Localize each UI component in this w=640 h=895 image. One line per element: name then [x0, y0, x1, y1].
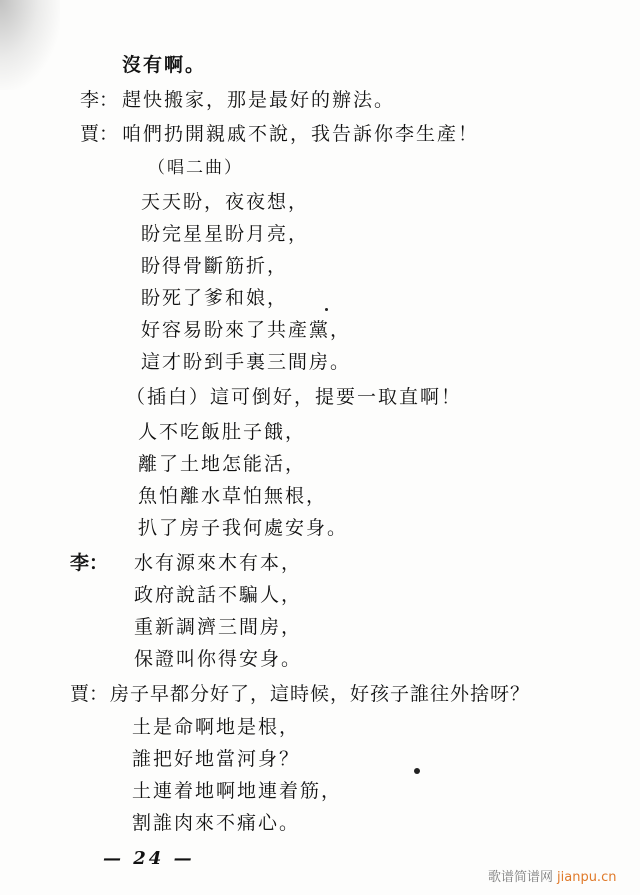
- text-line: 咱們扔開親戚不說，我告訴你李生產！: [122, 122, 479, 146]
- ink-speck: [325, 308, 328, 311]
- site-watermark: 歌谱简谱网jianpu.cn: [488, 866, 616, 885]
- lyric-line: 誰把好地當河身？: [132, 747, 300, 771]
- text-line: 趕快搬家，那是最好的辦法。: [122, 88, 395, 112]
- stage-direction: （插白）這可倒好，提要一取直啊！: [126, 385, 462, 409]
- watermark-site-name: 歌谱简谱网: [488, 870, 553, 885]
- scan-smudge: [0, 0, 60, 90]
- lyric-line: 水有源來木有本，: [134, 551, 302, 575]
- ink-speck: [414, 768, 420, 774]
- lyric-line: 保證叫你得安身。: [134, 647, 302, 671]
- lyric-line: 扒了房子我何處安身。: [138, 516, 348, 540]
- lyric-line: 土連着地啊地連着筋，: [132, 779, 342, 803]
- lyric-line: 政府說話不騙人，: [134, 583, 302, 607]
- page-number: — 24 —: [103, 848, 195, 869]
- lyric-line: 天天盼，夜夜想，: [141, 190, 309, 214]
- lyric-line: 盼得骨斷筋折，: [141, 254, 288, 278]
- speaker-label: 李：: [80, 88, 118, 112]
- lyric-line: 割誰肉來不痛心。: [132, 811, 300, 835]
- lyric-line: 盼死了爹和娘，: [141, 286, 288, 310]
- scanned-page: 沒有啊。 李： 趕快搬家，那是最好的辦法。 賈： 咱們扔開親戚不說，我告訴你李生…: [0, 0, 640, 895]
- lyric-line: 土是命啊地是根，: [132, 715, 300, 739]
- lyric-line: 重新調濟三間房，: [134, 615, 302, 639]
- speaker-label: 賈：: [80, 122, 118, 146]
- lyric-line: 魚怕離水草怕無根，: [138, 484, 327, 508]
- speaker-label: 賈：: [70, 682, 108, 706]
- lyric-line: 好容易盼來了共產黨，: [141, 318, 351, 342]
- watermark-domain: jianpu.cn: [557, 870, 616, 885]
- lyric-line: 離了土地怎能活，: [138, 452, 306, 476]
- lyric-line: 人不吃飯肚子餓，: [138, 420, 306, 444]
- text-line: 房子早都分好了，這時候，好孩子誰往外捨呀？: [110, 682, 530, 706]
- text-line: 沒有啊。: [122, 53, 206, 77]
- lyric-line: 這才盼到手裏三間房。: [141, 350, 351, 374]
- stage-direction: （唱二曲）: [148, 156, 243, 180]
- speaker-label: 李：: [70, 551, 108, 575]
- lyric-line: 盼完星星盼月亮，: [141, 222, 309, 246]
